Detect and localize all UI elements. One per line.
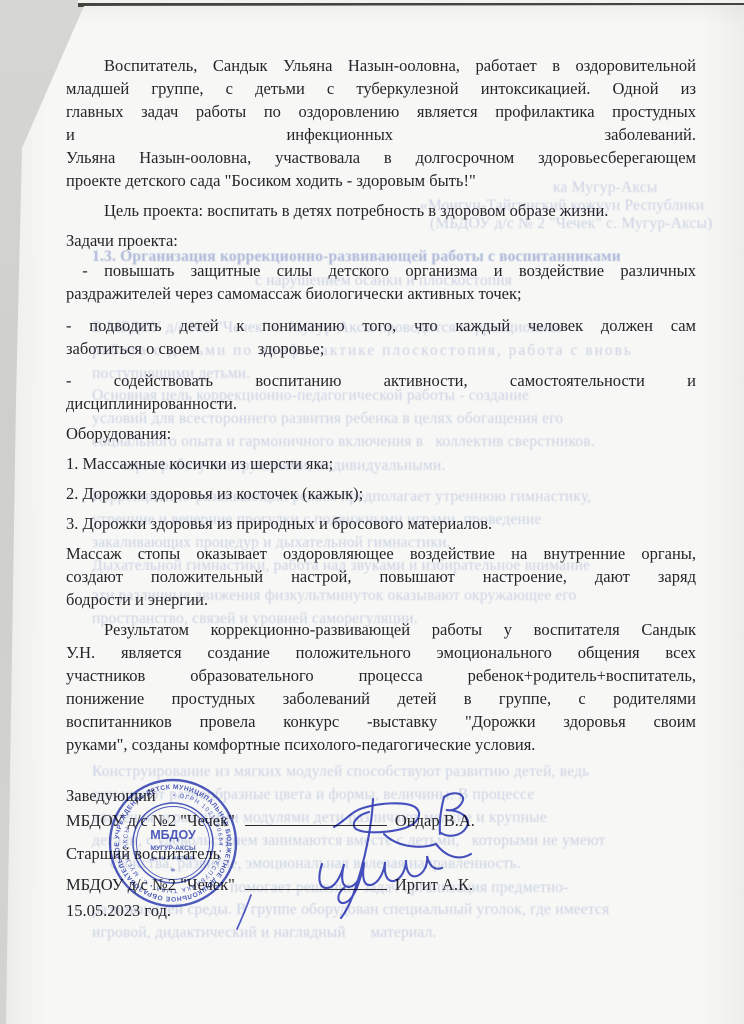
bleedthrough-line: они имеют разнообразные цвета и формы, в… (92, 785, 534, 805)
text-line: заботиться о своемздоровье; (66, 337, 696, 360)
word: самостоятельности (510, 369, 645, 392)
signature-line (245, 811, 387, 826)
text-line: младшей группе, с детьми с туберкулезной… (66, 77, 696, 100)
text-line: понижение простудных заболеваний детей в… (66, 687, 696, 710)
page-corner-fold (15, 4, 49, 76)
signature-row: МБДОУ д/с №2 "Чечек" Иргит А.К. (66, 875, 473, 895)
text-line: главных задач работы по оздоровлению явл… (66, 100, 696, 123)
word: инфекционных (286, 123, 393, 146)
text-line: дисциплинированности. (66, 392, 696, 415)
word: - (66, 369, 72, 392)
scanned-page: ка Мугур-Аксы «Монгун-Тайгинский кожуун … (0, 0, 744, 1024)
text-line: У.Н. является создание положительного эм… (66, 641, 696, 664)
word: содействовать (114, 369, 213, 392)
signature-line (245, 875, 387, 890)
text-line: бодрости и энергии. (66, 588, 696, 611)
project-goal: Цель проекта: воспитать в детях потребно… (66, 199, 696, 222)
text-line: проекте детского сада "Босиком ходить - … (66, 169, 696, 192)
org-name: МБДОУ д/с №2 "Чечек" (66, 875, 235, 895)
word: заболеваний. (605, 123, 696, 146)
signatory-name: Ондар В.А. (395, 811, 475, 831)
equipment-heading: Оборудования: (66, 422, 696, 445)
document-date: 15.05.2023 год. (66, 901, 171, 921)
text-line: раздражителей через самомассаж биологиче… (66, 282, 696, 305)
text-line: участников образовательного процесса реб… (66, 664, 696, 687)
list-item: 2. Дорожки здоровья из косточек (кажык); (66, 482, 696, 505)
bleedthrough-line: Конструирование из мягких модулей способ… (92, 762, 589, 782)
signature-row: МБДОУ д/с №2 "Чечек" Ондар В.А. (66, 811, 475, 831)
text-line: и инфекционных заболеваний. (66, 123, 696, 146)
list-item: 1. Массажные косички из шерсти яка; (66, 452, 696, 475)
word: здоровье; (258, 339, 325, 358)
signatory-title: Старший воспитатель (66, 844, 220, 864)
text-line: Массаж стопы оказывает оздоровляющее воз… (66, 542, 696, 565)
tasks-heading: Задачи проекта: (66, 229, 696, 252)
word: активности, (384, 369, 468, 392)
text-line: - подводить детей к пониманию того, что … (66, 314, 696, 337)
word: и (66, 123, 75, 146)
word: заботиться о своем (66, 339, 200, 358)
word: и (687, 369, 696, 392)
signatory-name: Иргит А.К. (395, 875, 473, 895)
word: воспитанию (255, 369, 341, 392)
paper-sheet: ка Мугур-Аксы «Монгун-Тайгинский кожуун … (0, 0, 744, 1024)
signatory-title: Заведующий (66, 786, 156, 806)
text-line: воспитанников провела конкурс -выставку … (66, 710, 696, 733)
document-text: Воспитатель, Сандык Ульяна Назын-ооловна… (66, 54, 696, 756)
text-line: - повышать защитные силы детского органи… (66, 259, 696, 282)
text-line: руками", созданы комфортные психолого-пе… (66, 733, 696, 756)
text-line: - содействовать воспитанию активности, с… (66, 369, 696, 392)
text-line: Ульяна Назын-ооловна, участвовала в долг… (66, 146, 696, 169)
org-name: МБДОУ д/с №2 "Чечек" (66, 811, 235, 831)
bleedthrough-line: игровой, дидактический и наглядный матер… (92, 923, 437, 943)
text-line: Результатом коррекционно-развивающей раб… (66, 618, 696, 641)
text-line: создают положительный настрой, повышают … (66, 565, 696, 588)
list-item: 3. Дорожки здоровья из природных и бросо… (66, 512, 696, 535)
text-line: Воспитатель, Сандык Ульяна Назын-ооловна… (66, 54, 696, 77)
